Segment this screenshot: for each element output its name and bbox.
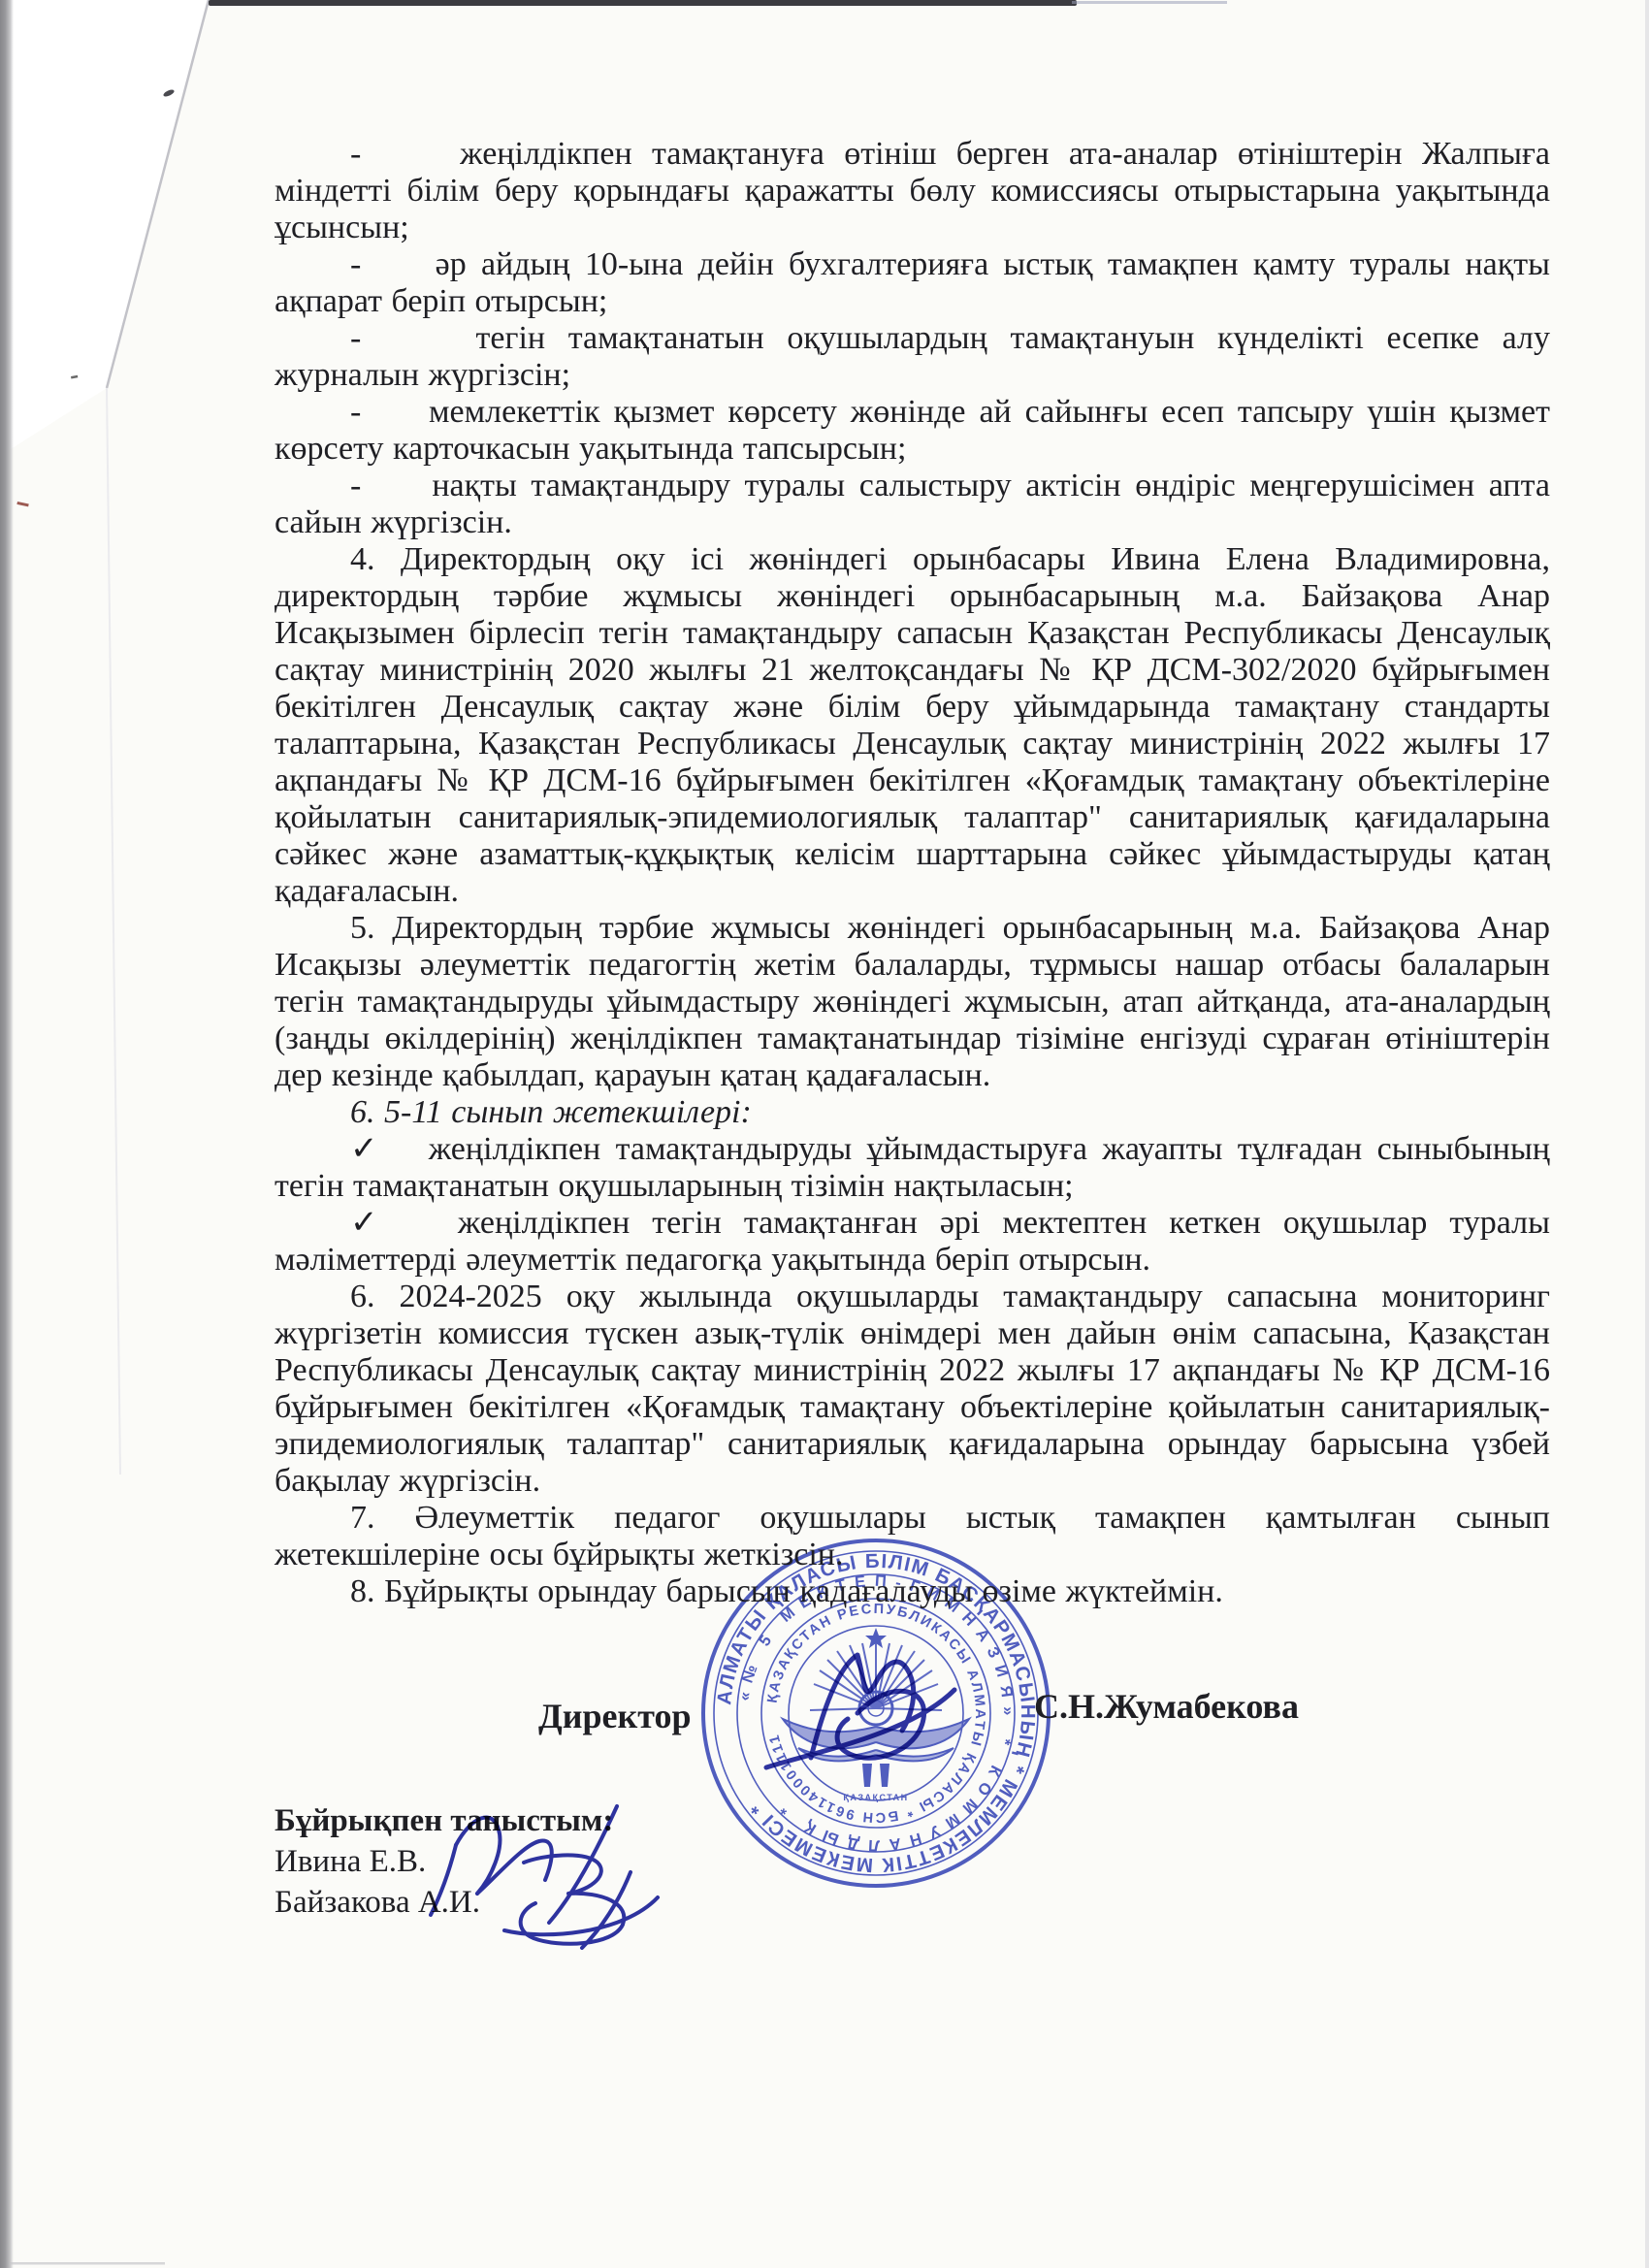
paper-speck-red bbox=[16, 502, 28, 506]
paragraph: ✓ жеңілдікпен тамақтандыруды ұйымдастыру… bbox=[275, 1131, 1550, 1205]
paragraph: 5. Директордың тәрбие жұмысы жөніндегі о… bbox=[275, 910, 1550, 1094]
scan-right-edge bbox=[1645, 0, 1649, 2268]
paragraph: 7. Әлеуметтік педагог оқушылары ыстық та… bbox=[275, 1500, 1550, 1573]
acknowledger-name-2: Байзакова А.И. bbox=[275, 1882, 613, 1923]
paper-speck-dark bbox=[71, 375, 78, 379]
emblem-banner-label: ҚАЗАҚСТАН bbox=[843, 1793, 908, 1802]
scan-bottom-edge bbox=[0, 2262, 165, 2265]
acknowledgment-block: Бұйрықпен таныстым: Ивина Е.В. Байзакова… bbox=[275, 1800, 613, 1923]
paragraph: 6. 2024-2025 оқу жылында оқушыларды тама… bbox=[275, 1279, 1550, 1500]
page-fold bbox=[0, 0, 209, 456]
director-role-label: Директор bbox=[538, 1696, 691, 1736]
director-name: С.Н.Жумабекова bbox=[1034, 1686, 1299, 1727]
fold-crease-faint bbox=[107, 388, 120, 1474]
paragraph: - жеңілдікпен тамақтануға өтініш берген … bbox=[275, 136, 1550, 246]
scanner-edge-band bbox=[0, 0, 14, 2268]
scan-top-line-faint bbox=[1072, 1, 1227, 4]
scan-top-line bbox=[209, 0, 1077, 6]
document-text: - жеңілдікпен тамақтануға өтініш берген … bbox=[275, 136, 1550, 1610]
acknowledger-name-1: Ивина Е.В. bbox=[275, 1841, 613, 1882]
paragraph: 4. Директордың оқу ісі жөніндегі орынбас… bbox=[275, 541, 1550, 910]
staple-mark bbox=[162, 88, 175, 98]
paragraph: - тегін тамақтанатын оқушылардың тамақта… bbox=[275, 320, 1550, 394]
paragraph: - мемлекеттік қызмет көрсету жөнінде ай … bbox=[275, 394, 1550, 468]
paragraph: ✓ жеңілдікпен тегін тамақтанған әрі мект… bbox=[275, 1205, 1550, 1279]
paragraph: - әр айдың 10-ына дейін бухгалтерияға ыс… bbox=[275, 246, 1550, 320]
scanned-document-page: АЛМАТЫ ҚАЛАСЫ БІЛІМ БАСҚАРМАСЫНЫҢ * МЕМЛ… bbox=[0, 0, 1649, 2268]
fold-crease-line bbox=[107, 0, 209, 388]
paragraph: 8. Бұйрықты орындау барысын қадағалауды … bbox=[275, 1573, 1550, 1610]
paragraph: 6. 5-11 сынып жетекшілері: bbox=[275, 1094, 1550, 1131]
acknowledgment-label: Бұйрықпен таныстым: bbox=[275, 1800, 613, 1841]
paragraph: - нақты тамақтандыру туралы салыстыру ак… bbox=[275, 468, 1550, 541]
